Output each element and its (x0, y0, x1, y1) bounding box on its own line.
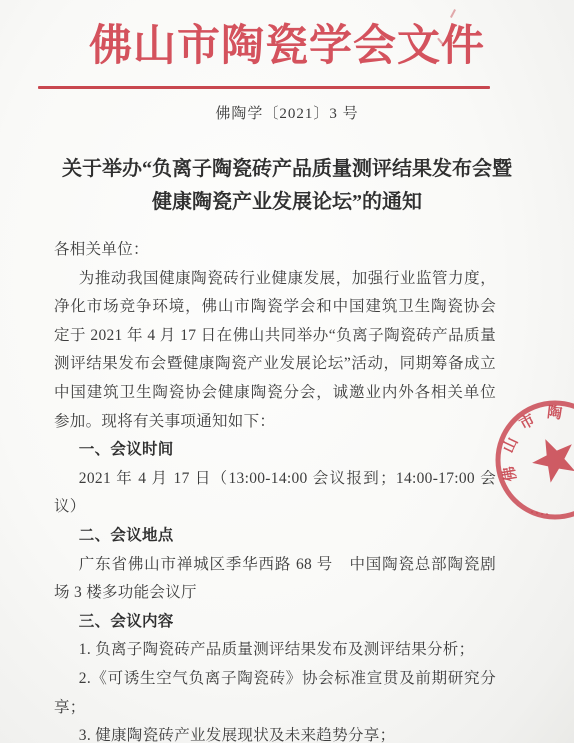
agenda-item-3: 3. 健康陶瓷砖产业发展现状及未来趋势分享； (54, 722, 496, 743)
seal-ring (498, 403, 574, 517)
red-divider-rule (38, 86, 490, 89)
section-1-heading: 一、会议时间 (54, 436, 496, 465)
scan-artifact (450, 9, 456, 18)
salutation: 各相关单位： (54, 236, 496, 265)
org-title: 佛山市陶瓷学会文件 (38, 24, 536, 70)
document-body: 各相关单位： 为推动我国健康陶瓷砖行业健康发展，加强行业监管力度，净化市场竞争环… (54, 236, 496, 743)
seal-star (525, 430, 574, 486)
agenda-item-2: 2.《可诱生空气负离子陶瓷砖》协会标准宣贯及前期研究分享； (54, 665, 496, 722)
seal-serial-marks (531, 511, 548, 515)
section-1-content-meeting-time: 2021 年 4 月 17 日（13:00-14:00 会议报到；14:00-1… (54, 465, 496, 522)
section-2-content-meeting-venue: 广东省佛山市禅城区季华西路 68 号 中国陶瓷总部陶瓷剧场 3 楼多功能会议厅 (54, 551, 496, 608)
document-page: 佛山市陶瓷学会文件 佛陶学〔2021〕3 号 关于举办“负离子陶瓷砖产品质量测评… (0, 0, 574, 743)
notice-title-line1: 关于举办“负离子陶瓷砖产品质量测评结果发布会暨 (30, 153, 544, 186)
notice-title-line2: 健康陶瓷产业发展论坛”的通知 (30, 186, 544, 219)
intro-paragraph: 为推动我国健康陶瓷砖行业健康发展，加强行业监管力度，净化市场竞争环境，佛山市陶瓷… (54, 265, 496, 437)
document-header: 佛山市陶瓷学会文件 佛陶学〔2021〕3 号 (0, 24, 574, 123)
seal-arc-text: 佛山市陶瓷学会 (498, 403, 574, 494)
svg-text:佛山市陶瓷学会: 佛山市陶瓷学会 (498, 403, 574, 494)
section-2-heading: 二、会议地点 (54, 522, 496, 551)
notice-title: 关于举办“负离子陶瓷砖产品质量测评结果发布会暨 健康陶瓷产业发展论坛”的通知 (30, 153, 544, 219)
agenda-item-1: 1. 负离子陶瓷砖产品质量测评结果发布及测评结果分析； (54, 636, 496, 665)
doc-number: 佛陶学〔2021〕3 号 (0, 102, 574, 123)
section-3-heading: 三、会议内容 (54, 608, 496, 637)
